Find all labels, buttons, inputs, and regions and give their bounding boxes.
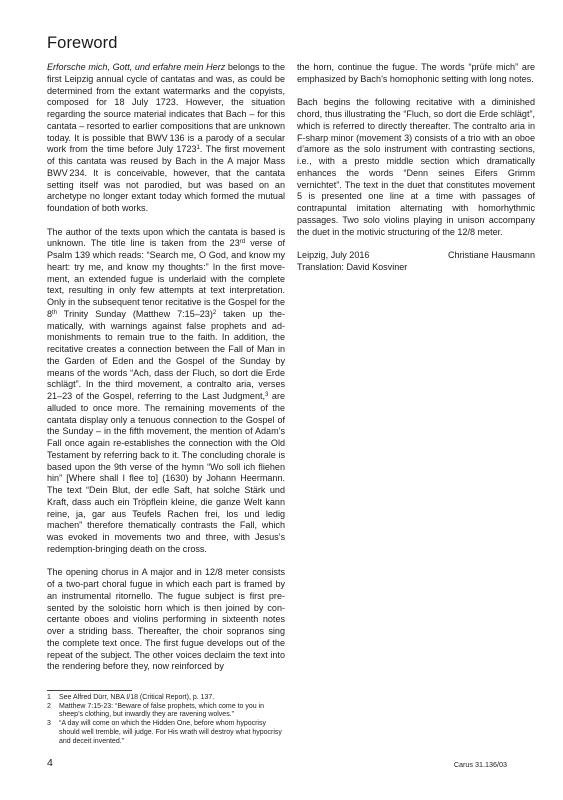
footnote-3: 3 “A day will come on which the Hidden O… <box>47 720 287 746</box>
paragraph-intro: Erforsche mich, Gott, und erfahre mein H… <box>47 62 285 215</box>
signature-line: Leipzig, July 2016 Christiane Hausmann <box>297 250 535 262</box>
page-title: Foreword <box>47 34 118 53</box>
paragraph-opening-chorus: The opening chorus in A major and in 12/… <box>47 567 285 673</box>
cantata-title-italic: Erforsche mich, Gott, und erfahre mein H… <box>47 62 225 72</box>
footnote-1: 1 See Alfred Dürr, NBA I/18 (Critical Re… <box>47 694 287 703</box>
page-number: 4 <box>47 757 53 769</box>
footnotes: 1 See Alfred Dürr, NBA I/18 (Critical Re… <box>47 694 287 746</box>
footnote-2: 2 Matthew 7:15-23: “Beware of false prop… <box>47 703 287 720</box>
paragraph-continuation: the horn, continue the fugue. The words … <box>297 62 535 86</box>
translator-credit: Translation: David Kosviner <box>297 262 535 274</box>
left-column: Erforsche mich, Gott, und erfahre mein H… <box>47 62 285 685</box>
footnote-divider <box>47 690 132 691</box>
paragraph-texts: The author of the texts upon which the c… <box>47 227 285 556</box>
right-column: the horn, continue the fugue. The words … <box>297 62 535 285</box>
place-date: Leipzig, July 2016 <box>297 250 369 262</box>
paragraph-recitative: Bach begins the following recitative wit… <box>297 97 535 238</box>
publisher-imprint: Carus 31.136/03 <box>454 760 507 769</box>
author-name: Christiane Hausmann <box>448 250 535 262</box>
